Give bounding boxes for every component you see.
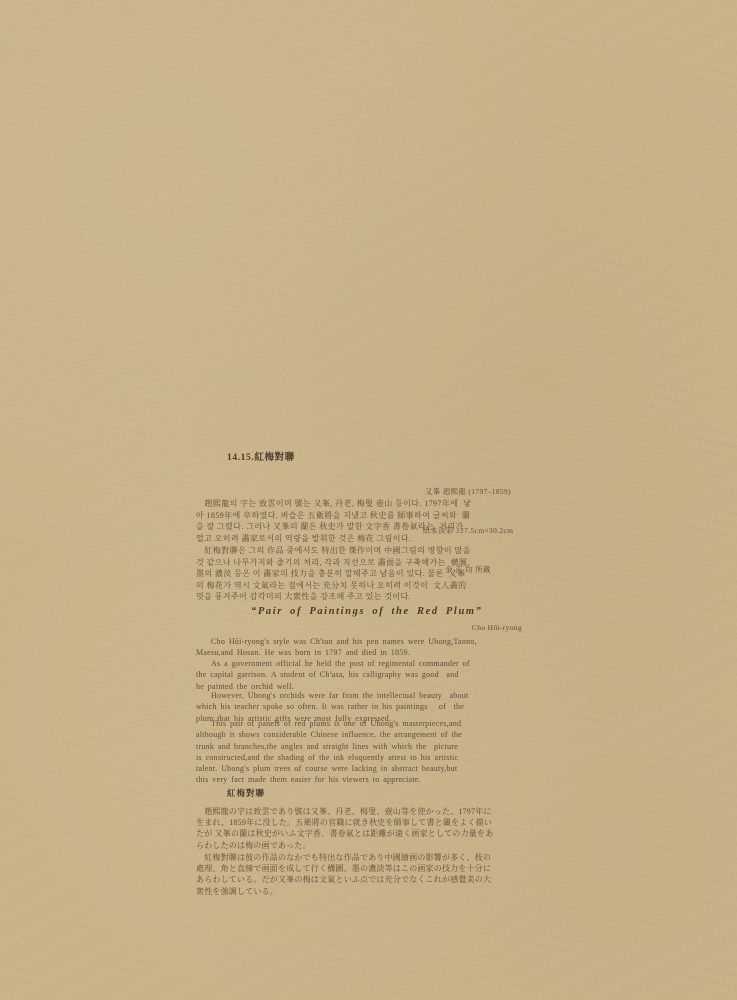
japanese-paragraph-1: 趙熙龍の字は致雲であり號は又峯、丹老、梅叟、壺山等を使かった。1797年に 生ま… <box>196 806 554 851</box>
english-paragraph-4: This pair of panels of red plums is one … <box>196 718 554 786</box>
english-byline: Cho Hŭi-ryong <box>196 623 522 632</box>
english-paragraph-1: Cho Hŭi-ryong's style was Ch'iun and his… <box>196 636 554 659</box>
korean-paragraph-2: 紅梅對聯은 그의 作品 중에서도 特出한 傑作이며 中國그림의 영향이 많을 것… <box>196 545 554 603</box>
korean-paragraph-1: 趙熙龍의 字는 致雲이며 號는 又峯, 丹老, 梅叟 壺山 등이다. 1797年… <box>196 498 554 544</box>
english-paragraph-2: As a government official he held the pos… <box>196 658 554 692</box>
japanese-paragraph-2: 紅梅對聯は彼の作品のなかでも特出な作品であり中國繪画の影響が多く、枝の 處理、角… <box>196 852 554 897</box>
english-title: “Pair of Paintings of the Red Plum” <box>251 606 609 617</box>
japanese-heading: 紅梅對聯 <box>227 787 585 799</box>
artist-name-line: 又峯 趙熙龍 (1797–1859) <box>388 485 548 498</box>
catalog-entry: 14.15.紅梅對聯 又峯 趙熙龍 (1797–1859) 紙本淡彩 127.5… <box>196 446 556 916</box>
scanned-catalog-page: { "colors": { "paper": "#c9b48a", "ink":… <box>0 0 737 1000</box>
